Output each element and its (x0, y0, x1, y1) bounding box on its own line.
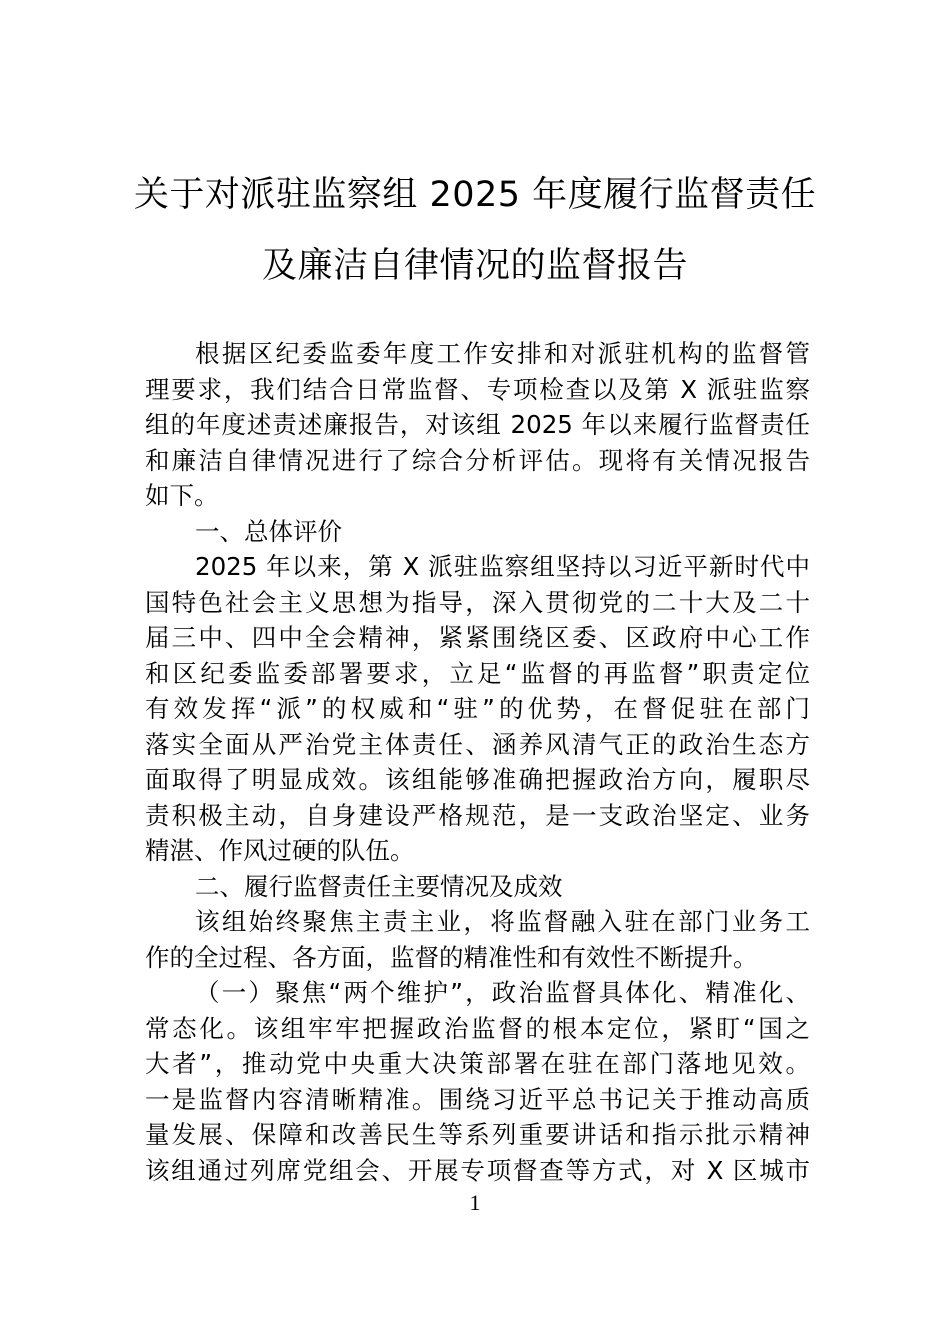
paragraph-line: 组的年度述责述廉报告，对该组 2025 年以来履行监督责任 (145, 407, 810, 443)
document-page: 关于对派驻监察组 2025 年度履行监督责任 及廉洁自律情况的监督报告 根据区纪… (0, 0, 950, 1344)
paragraph-line: 和区纪委监委部署要求，立足“监督的再监督”职责定位 (145, 656, 810, 692)
paragraph-line: 如下。 (145, 478, 810, 514)
paragraph-line: 大者”，推动党中央重大决策部署在驻在部门落地见效。 (145, 1046, 810, 1082)
paragraph-line: 该组通过列席党组会、开展专项督查等方式，对 X 区城市 (145, 1153, 810, 1189)
document-title-line-1: 关于对派驻监察组 2025 年度履行监督责任 (0, 175, 950, 215)
paragraph-line: 届三中、四中全会精神，紧紧围绕区委、区政府中心工作 (145, 620, 810, 656)
paragraph-line: 该组始终聚焦主责主业，将监督融入驻在部门业务工 (145, 904, 810, 940)
paragraph-line: 面取得了明显成效。该组能够准确把握政治方向，履职尽 (145, 762, 810, 798)
paragraph-line: 2025 年以来，第 X 派驻监察组坚持以习近平新时代中 (145, 549, 810, 585)
paragraph-line: 作的全过程、各方面，监督的精准性和有效性不断提升。 (145, 940, 810, 976)
paragraph-line: 常态化。该组牢牢把握政治监督的根本定位，紧盯“国之 (145, 1011, 810, 1047)
paragraph-line: 量发展、保障和改善民生等系列重要讲话和指示批示精神 (145, 1117, 810, 1153)
paragraph-line: 和廉洁自律情况进行了综合分析评估。现将有关情况报告 (145, 443, 810, 479)
paragraph-line: 一是监督内容清晰精准。围绕习近平总书记关于推动高质 (145, 1082, 810, 1118)
paragraph-line: 根据区纪委监委年度工作安排和对派驻机构的监督管 (145, 336, 810, 372)
document-body: 根据区纪委监委年度工作安排和对派驻机构的监督管 理要求，我们结合日常监督、专项检… (145, 336, 810, 1188)
paragraph-line: 责积极主动，自身建设严格规范，是一支政治坚定、业务 (145, 798, 810, 834)
section-heading-1: 一、总体评价 (145, 514, 810, 550)
paragraph-line: 落实全面从严治党主体责任、涵养风清气正的政治生态方 (145, 727, 810, 763)
section-heading-2: 二、履行监督责任主要情况及成效 (145, 869, 810, 905)
document-title-line-2: 及廉洁自律情况的监督报告 (0, 246, 950, 286)
paragraph-line: 国特色社会主义思想为指导，深入贯彻党的二十大及二十 (145, 585, 810, 621)
page-number: 1 (0, 1188, 950, 1218)
paragraph-line: （一）聚焦“两个维护”，政治监督具体化、精准化、 (145, 975, 810, 1011)
paragraph-line: 理要求，我们结合日常监督、专项检查以及第 X 派驻监察 (145, 372, 810, 408)
paragraph-line: 有效发挥“派”的权威和“驻”的优势，在督促驻在部门 (145, 691, 810, 727)
paragraph-line: 精湛、作风过硬的队伍。 (145, 833, 810, 869)
